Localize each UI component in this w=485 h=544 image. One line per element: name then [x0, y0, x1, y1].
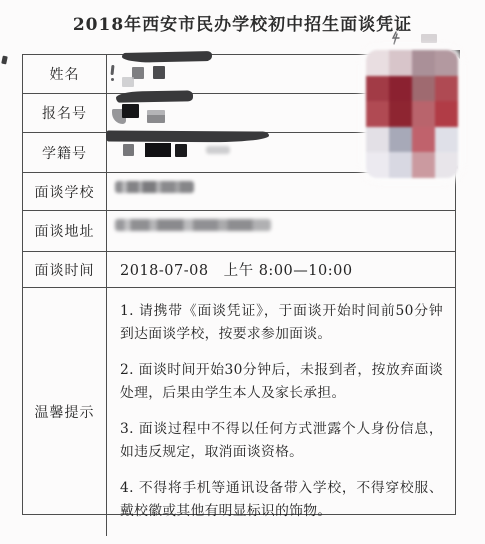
field-label-interview-school: 面谈学校: [23, 173, 107, 210]
field-label-interview-address: 面谈地址: [23, 211, 107, 251]
field-value-interview-address: [107, 211, 455, 251]
field-label-tips: 温馨提示: [23, 288, 107, 536]
table-row-tips: 温馨提示 1. 请携带《面谈凭证》，于面谈开始时间前50分钟到达面谈学校，按要求…: [23, 288, 455, 536]
note-item-4: 4. 不得将手机等通讯设备带入学校，不得穿校服、戴校徽或其他有明显标识的饰物。: [120, 477, 443, 523]
note-item-1: 1. 请携带《面谈凭证》，于面谈开始时间前50分钟到达面谈学校，按要求参加面谈。: [120, 300, 443, 346]
field-label-student-id: 学籍号: [23, 133, 107, 172]
note-item-2: 2. 面谈时间开始30分钟后，未报到者，按放弃面谈处理，后果由学生本人及家长承担…: [120, 359, 443, 405]
scan-artifact: [1, 56, 8, 65]
field-value-interview-time: 2018-07-08 上午 8:00—10:00: [107, 252, 455, 287]
field-value-interview-school: [107, 173, 455, 210]
student-photo-pixelated: [366, 50, 458, 178]
page-title: 2018年西安市民办学校初中招生面谈凭证: [0, 10, 485, 35]
field-label-name: 姓名: [23, 55, 107, 93]
certificate-sheet: 2018年西安市民办学校初中招生面谈凭证 姓名 报名号 学籍号 面谈学校 面谈地…: [0, 0, 485, 544]
table-row-interview-time: 面谈时间 2018-07-08 上午 8:00—10:00: [23, 252, 455, 288]
table-row-interview-school: 面谈学校: [23, 173, 455, 211]
field-label-registration-no: 报名号: [23, 94, 107, 132]
field-label-interview-time: 面谈时间: [23, 252, 107, 287]
tips-notes-cell: 1. 请携带《面谈凭证》，于面谈开始时间前50分钟到达面谈学校，按要求参加面谈。…: [107, 288, 455, 536]
scan-artifact: [421, 34, 437, 43]
photo-mosaic: [366, 50, 458, 178]
note-item-3: 3. 面谈过程中不得以任何方式泄露个人身份信息，如违反规定，取消面谈资格。: [120, 418, 443, 464]
table-row-interview-address: 面谈地址: [23, 211, 455, 252]
